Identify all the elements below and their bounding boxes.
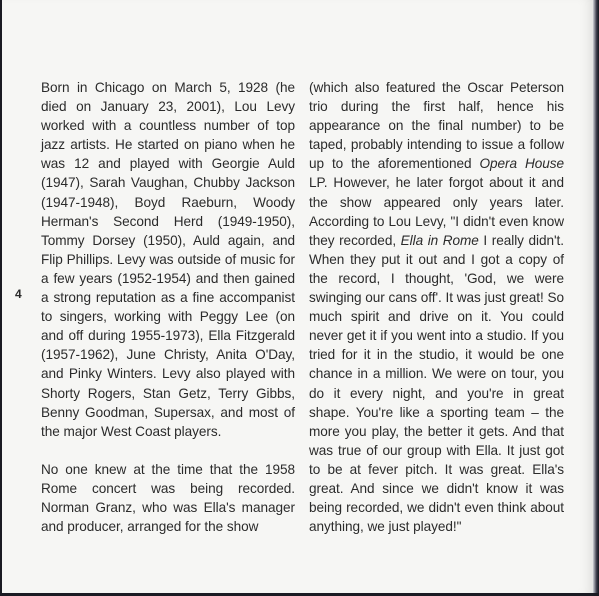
scan-edge-right bbox=[593, 0, 599, 596]
text-segment: I really didn't. When they put it out an… bbox=[309, 233, 564, 534]
left-text-column: Born in Chicago on March 5, 1928 (he die… bbox=[41, 78, 295, 536]
paragraph-rome-concert: No one knew at the time that the 1958 Ro… bbox=[41, 460, 295, 536]
page-number: 4 bbox=[15, 287, 22, 301]
paragraph-continuation: (which also featured the Oscar Peterson … bbox=[309, 78, 564, 536]
booklet-page: 4 Born in Chicago on March 5, 1928 (he d… bbox=[2, 0, 593, 593]
right-text-column: (which also featured the Oscar Peterson … bbox=[309, 78, 564, 536]
album-title-opera-house: Opera House bbox=[479, 156, 564, 171]
album-title-ella-in-rome: Ella in Rome bbox=[401, 233, 479, 248]
paragraph-biography: Born in Chicago on March 5, 1928 (he die… bbox=[41, 78, 295, 441]
